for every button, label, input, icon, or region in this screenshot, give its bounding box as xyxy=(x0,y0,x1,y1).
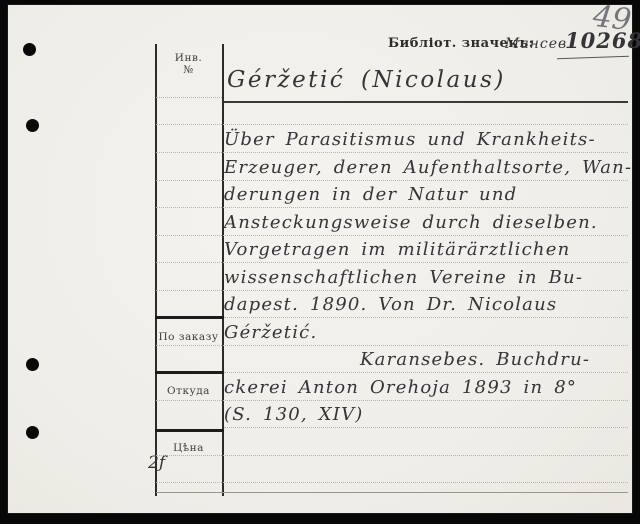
ruled-line xyxy=(156,97,222,99)
catalog-number-underline xyxy=(557,56,629,60)
section-divider xyxy=(155,429,224,432)
body-line: Géržetić. xyxy=(224,322,317,343)
order-label: По заказу xyxy=(155,331,222,343)
ruled-line xyxy=(156,290,628,292)
ruled-line xyxy=(156,235,628,237)
body-line: Ansteckungsweise durch dieselben. xyxy=(224,212,598,233)
body-line: Karansebes. Buchdru- xyxy=(360,349,590,370)
origin-label: Откуда xyxy=(155,385,222,397)
author-heading-underline xyxy=(224,101,628,103)
ruled-line xyxy=(156,124,628,126)
body-line: Erzeuger, deren Aufenthaltsorte, Wan- xyxy=(224,157,632,178)
body-line: ckerei Anton Orehoja 1893 in 8° xyxy=(224,377,577,398)
body-line: Vorgetragen im militärärztlichen xyxy=(224,239,570,260)
catalog-card: Инв. № По заказу Откуда Цѣна 2ƒ Библіот.… xyxy=(8,5,632,513)
ruled-line xyxy=(224,427,628,429)
ruled-line xyxy=(156,262,628,264)
section-divider xyxy=(155,371,224,374)
ruled-line xyxy=(224,317,628,319)
body-line: dapest. 1890. Von Dr. Nicolaus xyxy=(224,294,557,315)
body-line: derungen in der Natur und xyxy=(224,184,517,205)
ruled-line xyxy=(156,207,628,209)
section-divider xyxy=(155,316,224,319)
ruled-line xyxy=(156,455,628,457)
ruled-line xyxy=(224,372,628,374)
ruled-line xyxy=(156,400,628,402)
inventory-label-line2: № xyxy=(155,64,222,76)
ruled-line xyxy=(156,482,628,484)
body-line: (S. 130, XIV) xyxy=(224,404,364,425)
body-line: wissenschaftlichen Vereine in Bu- xyxy=(224,267,583,288)
price-value: 2ƒ xyxy=(148,453,165,473)
ruled-line xyxy=(156,180,628,182)
punch-hole xyxy=(26,119,39,132)
author-heading: Géržetić (Nicolaus) xyxy=(227,67,506,93)
ruled-line xyxy=(156,492,628,494)
punch-hole xyxy=(26,426,39,439)
punch-hole xyxy=(26,358,39,371)
library-mark-name: Мансев xyxy=(505,36,567,52)
punch-hole xyxy=(23,43,36,56)
body-line: Über Parasitismus und Krankheits- xyxy=(224,129,596,150)
inventory-number-label: Инв. № xyxy=(155,52,222,76)
inventory-label-line1: Инв. xyxy=(155,52,222,64)
page-number: 49 xyxy=(591,0,633,38)
ruled-line xyxy=(156,345,628,347)
ruled-line xyxy=(156,152,628,154)
